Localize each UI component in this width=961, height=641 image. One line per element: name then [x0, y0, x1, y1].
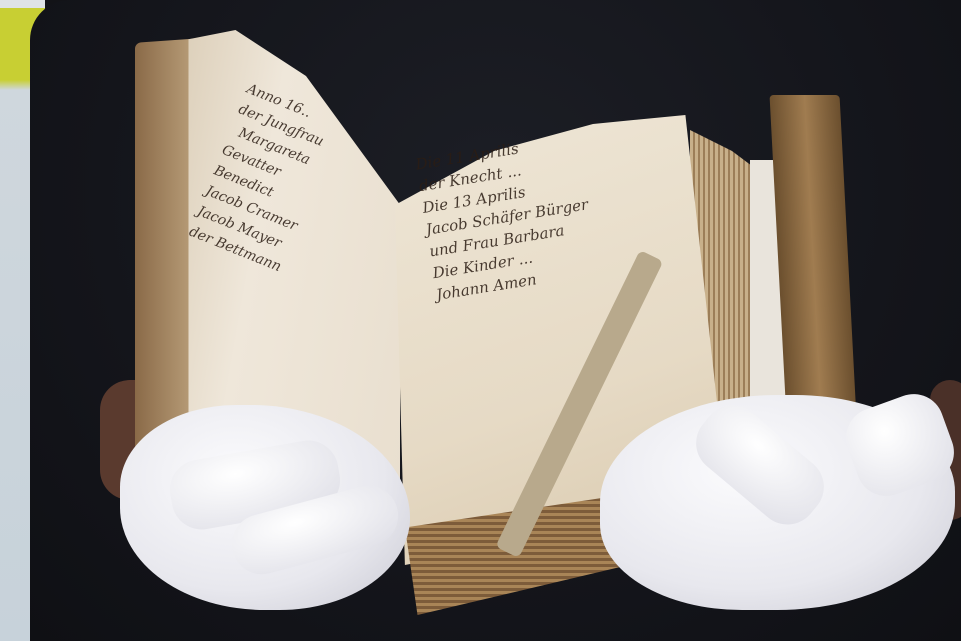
right-page-handwriting: Die 11 Aprilis der Knecht ... Die 13 Apr… [414, 128, 600, 306]
